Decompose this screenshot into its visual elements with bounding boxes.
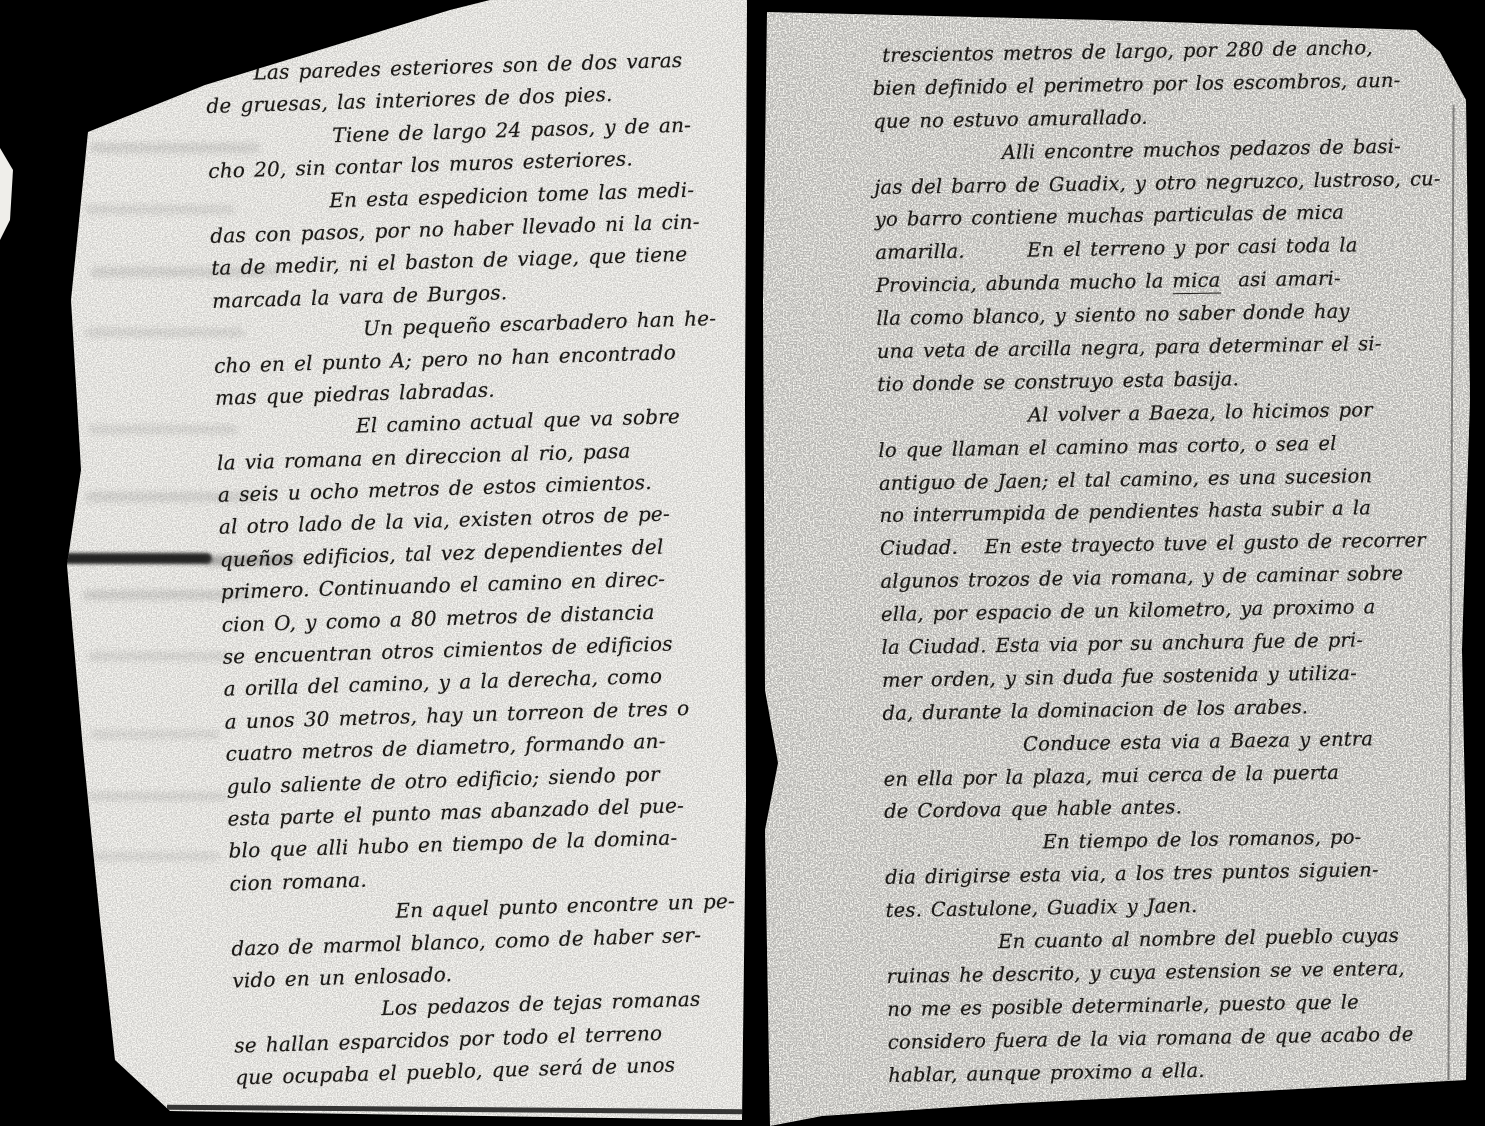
page-left-text: Las paredes esteriores son de dos varasd… bbox=[205, 42, 781, 1094]
page-right-text: trescientos metros de largo, por 280 de … bbox=[872, 31, 1485, 1093]
margin-smudge bbox=[90, 852, 220, 861]
scanned-manuscript: Las paredes esteriores son de dos varasd… bbox=[0, 0, 1485, 1126]
margin-smudge bbox=[88, 652, 228, 661]
margin-smudge bbox=[90, 730, 220, 739]
manuscript-page-left: Las paredes esteriores son de dos varasd… bbox=[55, 0, 747, 1126]
manuscript-page-right: trescientos metros de largo, por 280 de … bbox=[762, 0, 1485, 1126]
ink-smudge bbox=[62, 553, 212, 564]
scan-shadow bbox=[167, 1105, 743, 1115]
margin-smudge bbox=[88, 792, 228, 801]
page-edge-fragment bbox=[0, 148, 13, 240]
underlined-word: mica bbox=[1172, 269, 1220, 295]
